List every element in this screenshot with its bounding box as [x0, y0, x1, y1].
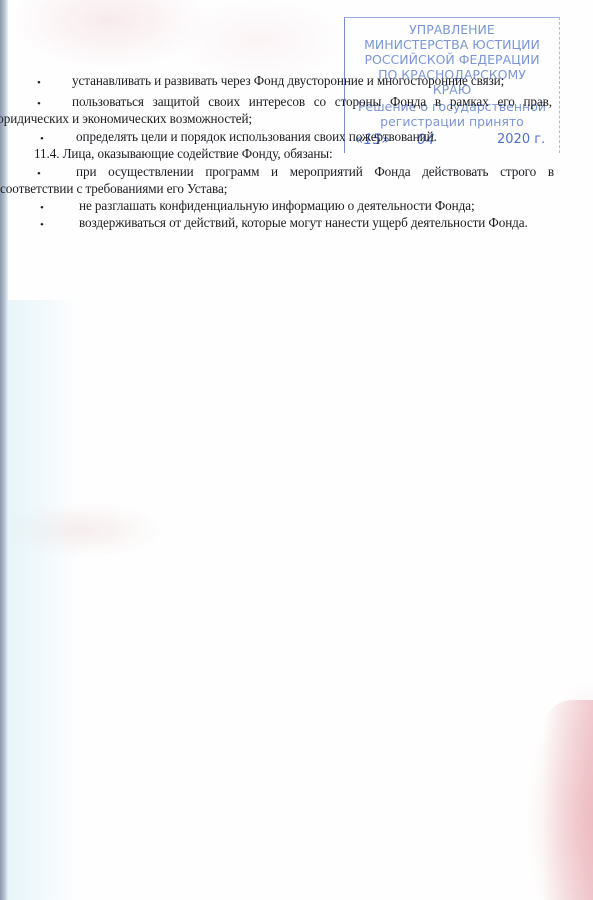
scanned-page: УПРАВЛЕНИЕ МИНИСТЕРСТВА ЮСТИЦИИ РОССИЙСК… — [0, 0, 593, 900]
page-edge-shadow — [0, 0, 8, 900]
stamp-line: регистрации принято — [345, 114, 559, 129]
stamp-line: МИНИСТЕРСТВА ЮСТИЦИИ — [345, 37, 559, 52]
list-item: воздерживаться от действий, которые могу… — [79, 215, 528, 231]
bullet-icon: • — [40, 217, 44, 233]
bullet-icon: • — [40, 131, 44, 147]
stamp-line: РОССИЙСКОЙ ФЕДЕРАЦИИ — [345, 52, 559, 67]
list-item-continuation: юридических и экономических возможностей… — [0, 111, 252, 127]
stamp-line: УПРАВЛЕНИЕ — [345, 22, 559, 37]
list-item-continuation: соответствии с требованиями его Устава; — [0, 181, 227, 197]
bullet-icon: • — [37, 96, 41, 112]
section-heading: 11.4. Лица, оказывающие содействие Фонду… — [34, 146, 333, 162]
stamp-date-year: 2020 г. — [497, 132, 545, 147]
bullet-icon: • — [40, 200, 44, 216]
list-item: устанавливать и развивать через Фонд дву… — [72, 73, 504, 89]
paper-shade — [8, 300, 78, 900]
bullet-icon: • — [37, 75, 41, 91]
list-item: определять цели и порядок использования … — [76, 129, 437, 145]
bullet-icon: • — [37, 166, 41, 182]
list-item: пользоваться защитой своих интересов со … — [72, 94, 552, 110]
list-item: при осуществлении программ и мероприятий… — [76, 164, 554, 180]
list-item: не разглашать конфиденциальную информаци… — [79, 198, 475, 214]
finger-shadow — [543, 700, 593, 900]
